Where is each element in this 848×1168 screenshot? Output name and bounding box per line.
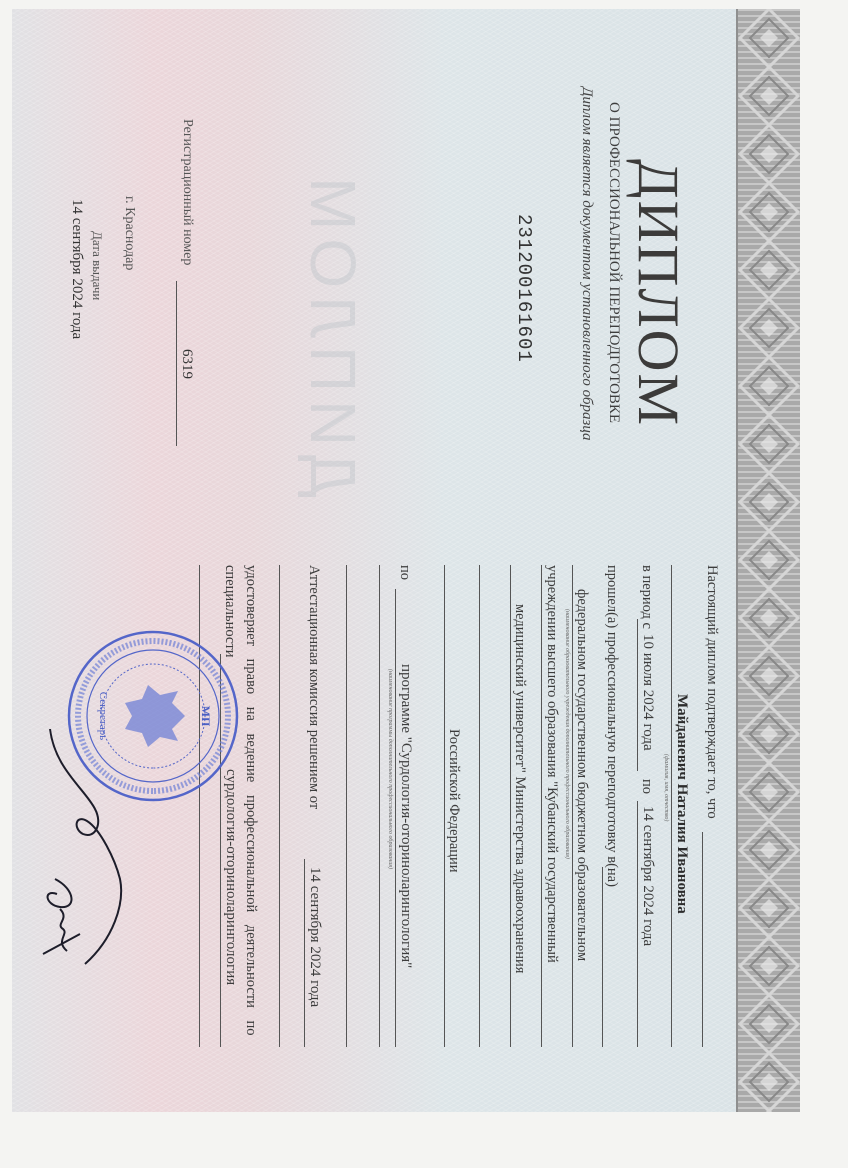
registration-underline xyxy=(176,281,177,446)
issue-date: 14 сентября 2024 года xyxy=(68,199,85,339)
document-subtitle: О ПРОФЕССИОНАЛЬНОЙ ПЕРЕПОДГОТОВКЕ xyxy=(605,102,622,423)
institution-underline-4 xyxy=(479,565,480,1047)
diploma-sheet: ДИПЛОМ ДИПЛОМ О ПРОФЕССИОНАЛЬНОЙ ПЕРЕПОД… xyxy=(12,9,800,1112)
intro-text: Настоящий диплом подтверждает то, что xyxy=(703,565,720,819)
program-caption: (наименование программы дополнительного … xyxy=(387,669,393,869)
commission-date: 14 сентября 2024 года xyxy=(306,867,323,1007)
rights-text: удостоверяет право на ведение профессион… xyxy=(242,565,259,1036)
full-name-caption: (фамилия, имя, отчество) xyxy=(663,754,669,821)
document-title: ДИПЛОМ xyxy=(625,159,692,427)
signature-icon xyxy=(25,729,155,969)
issue-date-label: Дата выдачи xyxy=(89,231,105,300)
full-name: Майданевич Наталия Ивановна xyxy=(673,694,690,914)
period-to-prefix: по xyxy=(638,779,655,794)
registration-label: Регистрационный номер xyxy=(179,119,195,265)
period-from: 10 июля 2024 года xyxy=(639,634,656,751)
program-prefix: по xyxy=(396,565,413,580)
passed-text: прошел(а) профессиональную переподготовк… xyxy=(603,565,620,887)
name-underline xyxy=(671,565,672,1047)
intro-underline xyxy=(702,832,703,1047)
institution-line-1: федеральном государственном бюджетном об… xyxy=(573,589,590,961)
program-underline-2 xyxy=(379,565,380,1047)
city: г. Краснодар xyxy=(121,196,137,270)
serial-number: 231200161601 xyxy=(513,214,535,363)
institution-line-2: учреждении высшего образования "Кубански… xyxy=(543,565,560,963)
period-to: 14 сентября 2024 года xyxy=(639,806,656,946)
document-tagline: Диплом является документом установленног… xyxy=(578,87,595,441)
registration-number: 6319 xyxy=(178,349,195,379)
institution-underline-5 xyxy=(444,565,445,1047)
period-to-underline xyxy=(637,801,638,1047)
stamp-label: МП xyxy=(199,706,213,727)
watermark: ДИПЛОМ xyxy=(296,169,370,497)
institution-underline-3 xyxy=(510,565,511,1047)
program-underline-3 xyxy=(346,565,347,1047)
commission-underline-2 xyxy=(279,565,280,1047)
commission-text: Аттестационная комиссия решением от xyxy=(305,565,322,809)
diamond-pattern-icon xyxy=(738,9,800,1112)
program-underline xyxy=(395,589,396,1047)
period-from-underline xyxy=(637,619,638,771)
period-prefix: в период с xyxy=(638,565,655,629)
program-name: программе "Сурдология-оториноларингологи… xyxy=(397,664,414,968)
institution-caption: (наименование образовательного учреждени… xyxy=(564,609,570,859)
institution-line-3: медицинский университет" Министерства зд… xyxy=(511,604,528,973)
institution-underline-1 xyxy=(572,565,573,1047)
commission-underline xyxy=(304,859,305,1047)
ornamental-border xyxy=(736,9,800,1112)
institution-underline-2 xyxy=(541,565,542,1047)
passed-underline xyxy=(602,867,603,1047)
institution-line-4: Российской Федерации xyxy=(445,729,462,873)
